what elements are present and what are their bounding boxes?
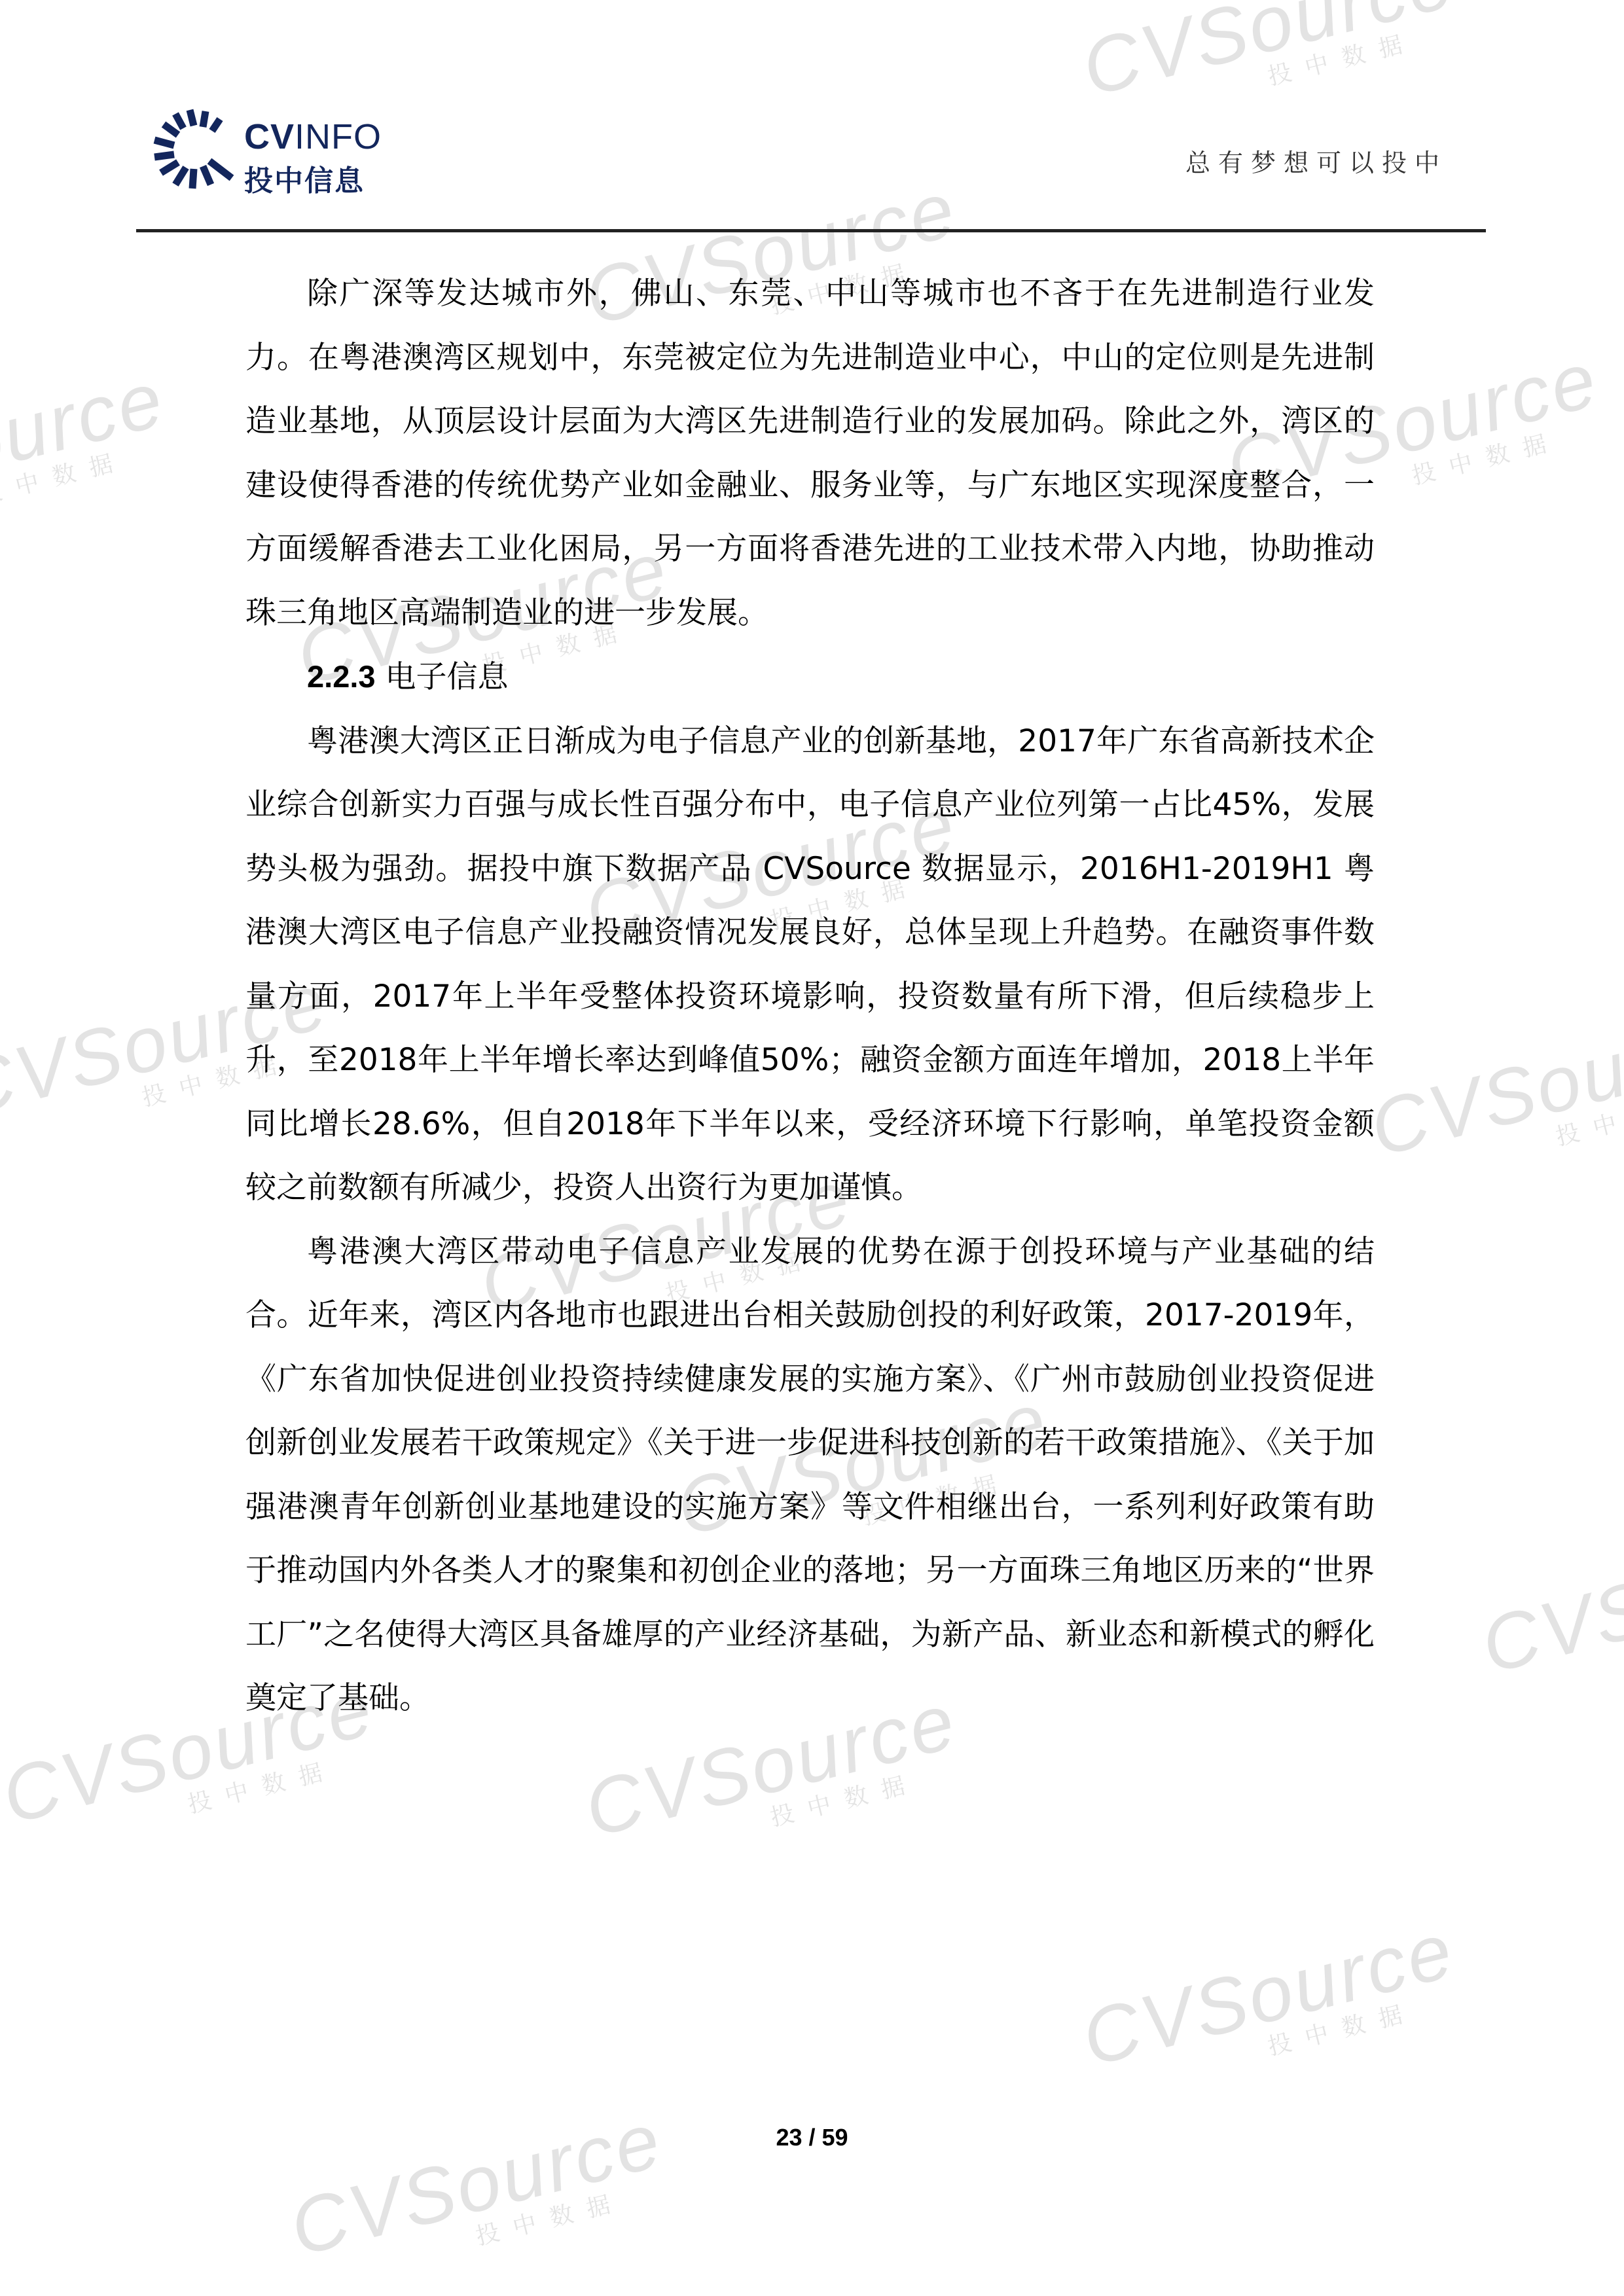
header-divider xyxy=(136,229,1486,232)
watermark: CVSource 投中数据 xyxy=(1362,995,1624,1195)
paragraph-2: 粤港澳大湾区正日渐成为电子信息产业的创新基地，2017年广东省高新技术企业综合创… xyxy=(245,709,1375,1220)
watermark-text: CVSource xyxy=(1362,996,1624,1173)
watermark-text: CVSource xyxy=(1074,0,1462,113)
logo-english: CVINFO xyxy=(244,117,382,157)
logo-cv: CV xyxy=(244,117,295,156)
page-separator: / xyxy=(802,2124,821,2151)
header-slogan: 总有梦想可以投中 xyxy=(1185,143,1447,179)
watermark-subtext: 投中数据 xyxy=(767,1751,971,1833)
page-current: 23 xyxy=(776,2124,802,2151)
paragraph-3: 粤港澳大湾区带动电子信息产业发展的优势在源于创投环境与产业基础的结合。近年来，湾… xyxy=(245,1220,1375,1731)
watermark-text: CVSource xyxy=(281,2096,670,2272)
cvinfo-sunburst-icon xyxy=(149,105,241,190)
watermark: CVSource 投中数据 xyxy=(1473,1512,1624,1712)
logo-info: INFO xyxy=(295,117,382,156)
watermark-text: CVSource xyxy=(1473,1513,1624,1690)
watermark: CVSource 投中数据 xyxy=(1074,1905,1468,2105)
watermark-text: CVSource xyxy=(0,355,173,531)
watermark: CVSource 投中数据 xyxy=(0,353,179,554)
section-heading: 2.2.3 电子信息 xyxy=(245,645,1375,709)
watermark-subtext: 投中数据 xyxy=(472,2170,676,2251)
section-title: 电子信息 xyxy=(386,659,509,695)
logo-chinese: 投中信息 xyxy=(244,157,365,199)
paragraph-1: 除广深等发达城市外，佛山、东莞、中山等城市也不吝于在先进制造行业发力。在粤港澳湾… xyxy=(245,262,1375,645)
document-body: 除广深等发达城市外，佛山、东莞、中山等城市也不吝于在先进制造行业发力。在粤港澳湾… xyxy=(245,262,1375,1731)
section-number: 2.2.3 xyxy=(307,659,376,694)
watermark: CVSource 投中数据 xyxy=(1074,0,1468,135)
watermark-subtext: 投中数据 xyxy=(1264,1981,1468,2062)
watermark-subtext: 投中数据 xyxy=(0,429,179,511)
watermark-subtext: 投中数据 xyxy=(184,1738,388,1820)
watermark-subtext: 投中数据 xyxy=(1264,10,1468,92)
page-number: 23 / 59 xyxy=(0,2124,1624,2151)
watermark-subtext: 投中数据 xyxy=(1408,410,1612,491)
watermark-subtext: 投中数据 xyxy=(1552,1071,1624,1152)
watermark-text: CVSource xyxy=(1074,1906,1462,2083)
cvinfo-logo: CVINFO 投中信息 xyxy=(149,105,411,190)
page-total: 59 xyxy=(822,2124,848,2151)
